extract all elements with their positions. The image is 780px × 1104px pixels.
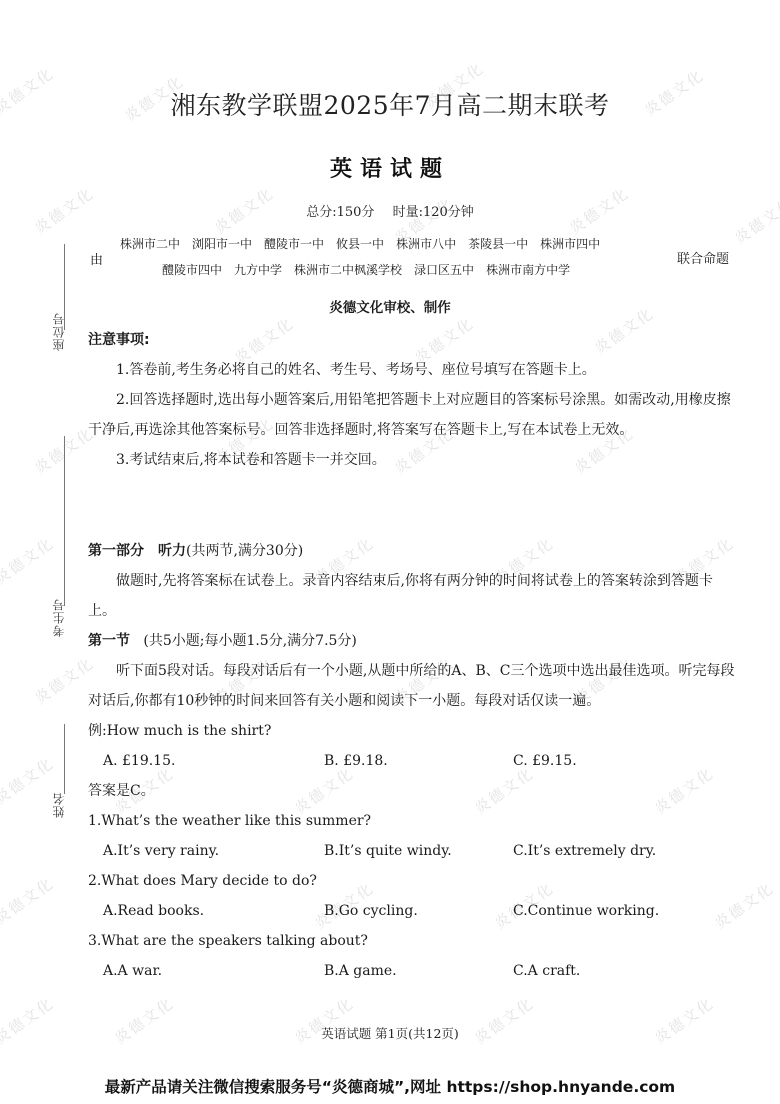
school: 攸县一中	[336, 237, 384, 251]
question-2-options: A.Read books. B.Go cycling. C.Continue w…	[88, 896, 740, 926]
option-c: C.It’s extremely dry.	[513, 836, 733, 866]
school: 渌口区五中	[414, 263, 474, 277]
notice-item: 2.回答选择题时,选出每小题答案后,用铅笔把答题卡上对应题目的答案标号涂黑。如需…	[88, 385, 740, 445]
name-line	[64, 724, 65, 794]
option-a: A.Read books.	[103, 896, 324, 926]
notice-heading: 注意事项:	[88, 325, 740, 355]
notice-item: 3.考试结束后,将本试卷和答题卡一并交回。	[88, 445, 740, 475]
section1-heading-rest: (共5小题;每小题1.5分,满分7.5分)	[143, 633, 357, 649]
part1-heading: 第一部分 听力(共两节,满分30分)	[88, 536, 740, 566]
part1-heading-bold: 第一部分 听力	[88, 543, 186, 559]
exam-page: 座位号 考生号 姓名 湘东教学联盟2025年7月高二期末联考 英语试题 总分:1…	[0, 0, 780, 1104]
joint-prefix: 由	[90, 249, 103, 268]
option-a: A. £19.15.	[103, 746, 324, 776]
school: 浏阳市一中	[192, 237, 252, 251]
example-answer: 答案是C。	[88, 776, 740, 806]
question-3: 3.What are the speakers talking about?	[88, 926, 740, 956]
notice-item: 1.答卷前,考生务必将自己的姓名、考生号、考场号、座位号填写在答题卡上。	[88, 355, 740, 385]
option-b: B.Go cycling.	[324, 896, 513, 926]
school: 茶陵县一中	[468, 237, 528, 251]
subject-title: 英语试题	[0, 152, 780, 183]
question-3-options: A.A war. B.A game. C.A craft.	[88, 956, 740, 986]
school-row-1: 株洲市二中浏阳市一中醴陵市一中攸县一中株洲市八中茶陵县一中株洲市四中	[120, 235, 612, 252]
promo-footer: 最新产品请关注微信搜索服务号“炎德商城”,网址 https://shop.hny…	[0, 1075, 780, 1097]
part1-instruction: 做题时,先将答案标在试卷上。录音内容结束后,你将有两分钟的时间将试卷上的答案转涂…	[88, 566, 740, 626]
school: 醴陵市四中	[162, 263, 222, 277]
option-c: C. £9.15.	[513, 746, 733, 776]
school: 醴陵市一中	[264, 237, 324, 251]
option-c: C.A craft.	[513, 956, 733, 986]
producer-credit: 炎德文化审校、制作	[0, 296, 780, 316]
option-b: B. £9.18.	[324, 746, 513, 776]
school: 株洲市南方中学	[486, 263, 570, 277]
exam-title: 湘东教学联盟2025年7月高二期末联考	[0, 86, 780, 122]
question-2: 2.What does Mary decide to do?	[88, 866, 740, 896]
option-a: A.It’s very rainy.	[103, 836, 324, 866]
school: 株洲市八中	[396, 237, 456, 251]
option-b: B.It’s quite windy.	[324, 836, 513, 866]
school-row-2: 醴陵市四中九方中学株洲市二中枫溪学校渌口区五中株洲市南方中学	[162, 261, 582, 278]
option-c: C.Continue working.	[513, 896, 733, 926]
notice-section: 注意事项: 1.答卷前,考生务必将自己的姓名、考生号、考场号、座位号填写在答题卡…	[88, 325, 740, 475]
section1-heading-bold: 第一节	[88, 633, 130, 649]
exam-meta: 总分:150分 时量:120分钟	[0, 201, 780, 220]
total-score: 总分:150分	[306, 205, 374, 220]
school: 九方中学	[234, 263, 282, 277]
school: 株洲市四中	[540, 237, 600, 251]
part1-heading-rest: (共两节,满分30分)	[186, 543, 303, 559]
page-number: 英语试题 第1页(共12页)	[0, 1024, 780, 1042]
duration: 时量:120分钟	[393, 205, 474, 220]
name-label: 姓名	[50, 792, 67, 818]
school: 株洲市二中枫溪学校	[294, 263, 402, 277]
student-number-line	[64, 436, 65, 606]
section1-heading: 第一节 (共5小题;每小题1.5分,满分7.5分)	[88, 626, 740, 656]
example-question: 例:How much is the shirt?	[88, 716, 740, 746]
option-b: B.A game.	[324, 956, 513, 986]
option-a: A.A war.	[103, 956, 324, 986]
listening-part: 第一部分 听力(共两节,满分30分) 做题时,先将答案标在试卷上。录音内容结束后…	[88, 536, 740, 986]
school: 株洲市二中	[120, 237, 180, 251]
joint-authors: 由 株洲市二中浏阳市一中醴陵市一中攸县一中株洲市八中茶陵县一中株洲市四中 醴陵市…	[90, 233, 740, 285]
question-1-options: A.It’s very rainy. B.It’s quite windy. C…	[88, 836, 740, 866]
student-number-label: 考生号	[50, 598, 67, 637]
question-1: 1.What’s the weather like this summer?	[88, 806, 740, 836]
joint-suffix: 联合命题	[677, 248, 729, 267]
example-options: A. £19.15. B. £9.18. C. £9.15.	[88, 746, 740, 776]
seat-number-label: 座位号	[50, 312, 67, 351]
section1-instruction: 听下面5段对话。每段对话后有一个小题,从题中所给的A、B、C三个选项中选出最佳选…	[88, 656, 740, 716]
